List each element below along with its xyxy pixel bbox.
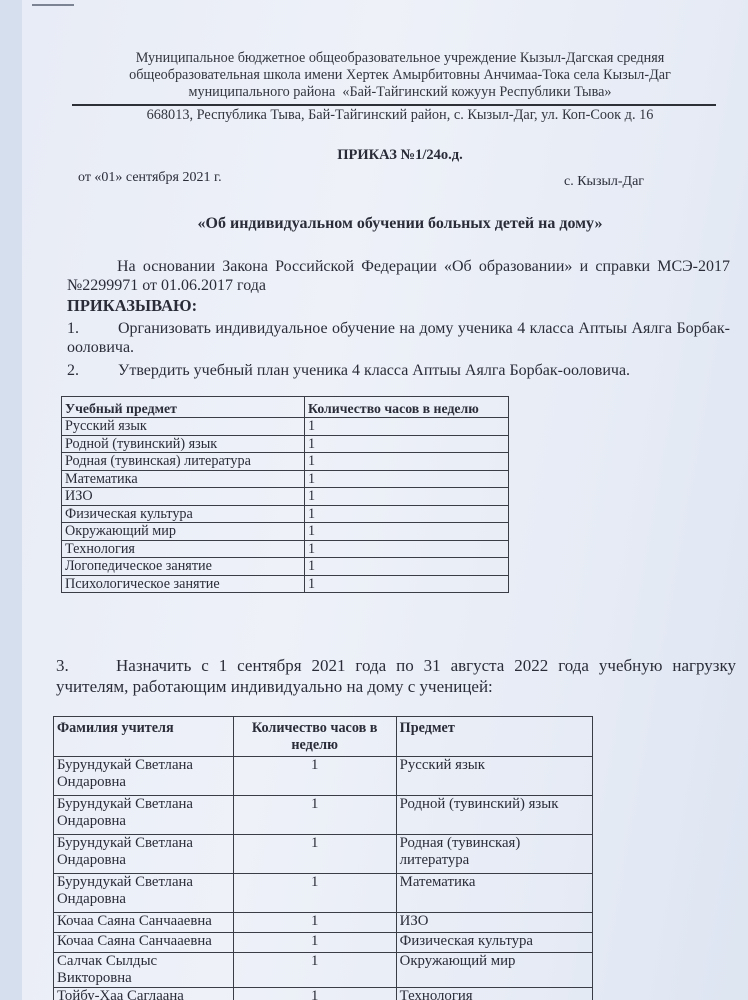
table-row: Математика1 [62, 470, 509, 488]
order-title: ПРИКАЗ №1/24о.д. [60, 147, 740, 164]
order-item-2: 2.Утвердить учебный план ученика 4 класс… [67, 362, 730, 381]
school-header: Муниципальное бюджетное общеобразователь… [60, 50, 740, 101]
table-row: Окружающий мир1 [62, 523, 509, 541]
teacher-cell: Бурундукай Светлана Ондаровна [54, 796, 234, 835]
hours-cell: 1 [305, 470, 509, 488]
header-line: общеобразовательная школа имени Хертек А… [60, 67, 740, 84]
teacher-cell: Салчак Сылдыс Викторовна [54, 953, 234, 988]
order-place: с. Кызыл-Даг [564, 174, 644, 190]
table-row: Кочаа Саяна Санчааевна1Физическая культу… [54, 933, 593, 953]
hours-cell: 1 [305, 523, 509, 541]
order-date: от «01» сентября 2021 г. [78, 170, 222, 186]
study-plan-table: Учебный предмет Количество часов в недел… [61, 396, 509, 593]
teacher-cell: Бурундукай Светлана Ондаровна [54, 835, 234, 874]
item-text: Утвердить учебный план ученика 4 класса … [118, 362, 630, 379]
table-row: Русский язык1 [62, 418, 509, 436]
subject-cell: Родной (тувинский) язык [62, 435, 305, 453]
hours-cell: 1 [305, 558, 509, 576]
subject-cell: Русский язык [62, 418, 305, 436]
column-header-teacher: Фамилия учителя [54, 717, 234, 757]
teacher-load-table: Фамилия учителя Количество часов в недел… [53, 716, 593, 1000]
subject-cell: Психологическое занятие [62, 575, 305, 593]
teacher-cell: Кочаа Саяна Санчааевна [54, 913, 234, 933]
order-item-1: 1.Организовать индивидуальное обучение н… [67, 320, 730, 357]
item-number: 1. [67, 320, 118, 339]
subject-cell: Русский язык [396, 757, 592, 796]
column-header-subject: Учебный предмет [62, 397, 305, 418]
column-header-subject: Предмет [396, 717, 592, 757]
prikaz-heading: ПРИКАЗЫВАЮ: [67, 296, 197, 316]
page-edge-mark [32, 0, 74, 6]
table-row: Салчак Сылдыс Викторовна1Окружающий мир [54, 953, 593, 988]
hours-cell: 1 [233, 835, 396, 874]
basis-paragraph: На основании Закона Российской Федерации… [67, 258, 730, 295]
table-row: Кочаа Саяна Санчааевна1ИЗО [54, 913, 593, 933]
table-row: Физическая культура1 [62, 505, 509, 523]
table-row: Родная (тувинская) литература1 [62, 453, 509, 471]
subject-cell: Технология [396, 988, 592, 1000]
subject-cell: Логопедическое занятие [62, 558, 305, 576]
table-row: Технология1 [62, 540, 509, 558]
table-row: Бурундукай Светлана Ондаровна1Родной (ту… [54, 796, 593, 835]
header-line: муниципального района «Бай-Тайгинский ко… [60, 84, 740, 101]
hours-cell: 1 [233, 874, 396, 913]
hours-cell: 1 [233, 953, 396, 988]
table-row: Бурундукай Светлана Ондаровна1Русский яз… [54, 757, 593, 796]
header-divider [72, 104, 716, 106]
subject-cell: ИЗО [62, 488, 305, 506]
subject-cell: Физическая культура [396, 933, 592, 953]
hours-cell: 1 [233, 988, 396, 1000]
school-address: 668013, Республика Тыва, Бай-Тайгинский … [60, 107, 740, 124]
subject-cell: Родная (тувинская) литература [396, 835, 592, 874]
header-line: Муниципальное бюджетное общеобразователь… [60, 50, 740, 67]
subject-cell: Технология [62, 540, 305, 558]
hours-cell: 1 [305, 575, 509, 593]
teacher-cell: Бурундукай Светлана Ондаровна [54, 757, 234, 796]
table-row: ИЗО1 [62, 488, 509, 506]
subject-cell: Математика [62, 470, 305, 488]
subject-cell: ИЗО [396, 913, 592, 933]
item-text: Организовать индивидуальное обучение на … [67, 320, 730, 356]
hours-cell: 1 [305, 505, 509, 523]
hours-cell: 1 [305, 540, 509, 558]
subject-cell: Родная (тувинская) литература [62, 453, 305, 471]
hours-cell: 1 [305, 488, 509, 506]
basis-text: На основании Закона Российской Федерации… [67, 258, 730, 294]
subject-cell: Физическая культура [62, 505, 305, 523]
order-item-3: 3.Назначить с 1 сентября 2021 года по 31… [56, 655, 736, 697]
subject-cell: Окружающий мир [396, 953, 592, 988]
hours-cell: 1 [305, 435, 509, 453]
table-row: Тойбу-Хаа Саглаана1Технология [54, 988, 593, 1000]
table-row: Бурундукай Светлана Ондаровна1Родная (ту… [54, 835, 593, 874]
item-number: 3. [56, 655, 116, 676]
teacher-cell: Бурундукай Светлана Ондаровна [54, 874, 234, 913]
teacher-cell: Кочаа Саяна Санчааевна [54, 933, 234, 953]
table-row: Психологическое занятие1 [62, 575, 509, 593]
column-header-hours: Количество часов в неделю [233, 717, 396, 757]
subject-cell: Окружающий мир [62, 523, 305, 541]
column-header-hours: Количество часов в неделю [305, 397, 509, 418]
subject-cell: Родной (тувинский) язык [396, 796, 592, 835]
order-subject: «Об индивидуальном обучении больных дете… [60, 215, 740, 233]
hours-cell: 1 [233, 913, 396, 933]
hours-cell: 1 [233, 757, 396, 796]
subject-cell: Математика [396, 874, 592, 913]
hours-cell: 1 [305, 453, 509, 471]
hours-cell: 1 [305, 418, 509, 436]
teacher-cell: Тойбу-Хаа Саглаана [54, 988, 234, 1000]
hours-cell: 1 [233, 933, 396, 953]
table-row: Логопедическое занятие1 [62, 558, 509, 576]
hours-cell: 1 [233, 796, 396, 835]
item-text: Назначить с 1 сентября 2021 года по 31 а… [56, 656, 736, 696]
item-number: 2. [67, 362, 118, 381]
table-row: Бурундукай Светлана Ондаровна1Математика [54, 874, 593, 913]
table-row: Родной (тувинский) язык1 [62, 435, 509, 453]
